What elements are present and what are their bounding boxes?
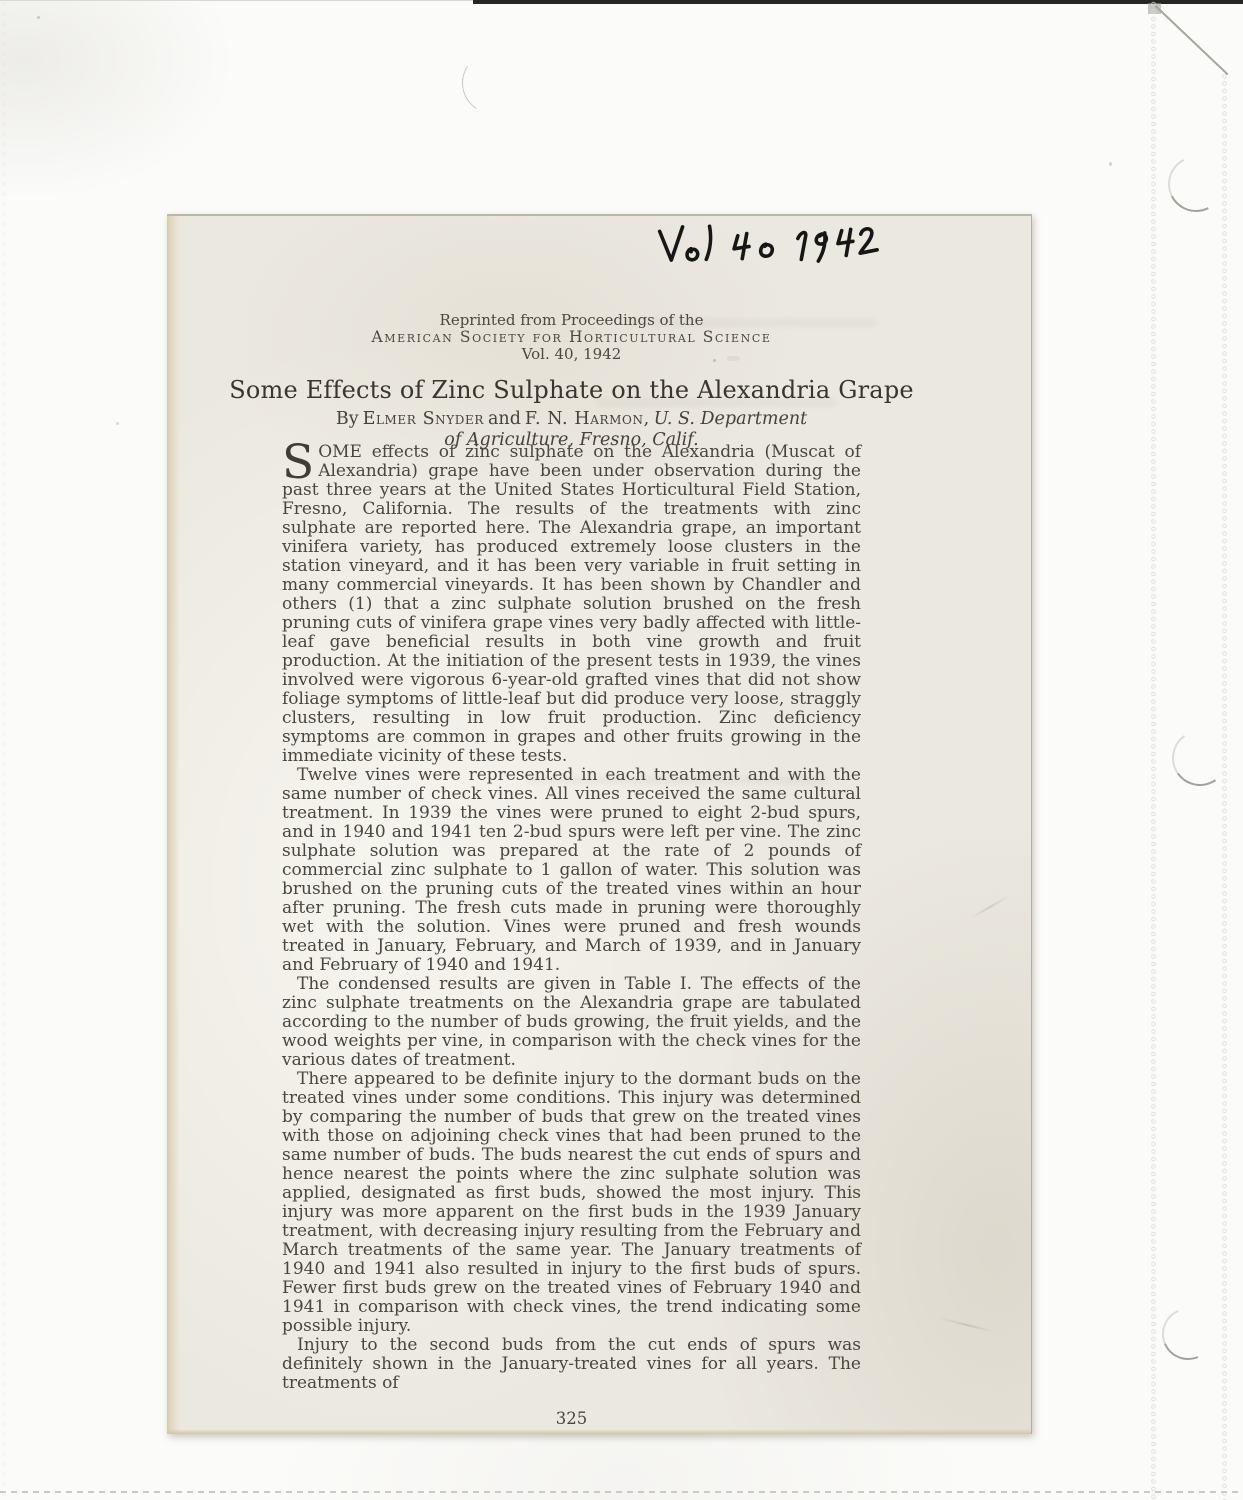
- author-1: Elmer Snyder: [363, 409, 484, 429]
- article-title: Some Effects of Zinc Sulphate on the Ale…: [229, 376, 914, 404]
- paragraph-1: SOME effects of zinc sulphate on the Ale…: [282, 443, 861, 766]
- sheet-protector-holes-left: [1, 0, 7, 1500]
- page-left-fold-edge: [167, 216, 180, 1434]
- paragraph-4: There appeared to be definite injury to …: [282, 1070, 861, 1336]
- stray-arc-mark: [456, 46, 530, 120]
- reprint-header: Reprinted from Proceedings of the Americ…: [282, 312, 861, 363]
- article-body: SOME effects of zinc sulphate on the Ale…: [282, 443, 861, 1428]
- dust-speck: [116, 422, 119, 425]
- sleeve-corner-crease: [1155, 5, 1229, 75]
- affiliation-part1: U. S. Department: [654, 409, 807, 429]
- bottom-perforation-line: [0, 1491, 1243, 1493]
- handwritten-annotation: Vol 40 1942: [653, 219, 894, 272]
- paragraph-3: The condensed results are given in Table…: [282, 975, 861, 1070]
- volume-line: Vol. 40, 1942: [282, 346, 861, 363]
- scanner-edge-strip: [473, 0, 1243, 4]
- page-bottom-edge: [167, 1429, 1031, 1434]
- byline-line1: ByElmer SnyderandF. N. Harmon,U. S. Depa…: [282, 409, 861, 430]
- dropcap-initial: S: [282, 443, 318, 481]
- binder-ring-mark-3: [1154, 1300, 1222, 1368]
- scanned-page-background: Vol 40 1942 Re: [0, 0, 1243, 1500]
- paper-page: Vol 40 1942 Re: [167, 214, 1032, 1434]
- society-name: American Society for Horticultural Scien…: [282, 329, 861, 346]
- author-2: F. N. Harmon,: [525, 409, 650, 429]
- paragraph-2: Twelve vines were represented in each tr…: [282, 766, 861, 975]
- page-crease: [970, 895, 1011, 920]
- page-crease: [938, 1317, 997, 1333]
- dust-speck: [1109, 162, 1112, 166]
- reprint-source-line: Reprinted from Proceedings of the: [282, 312, 861, 329]
- paragraph-5: Injury to the second buds from the cut e…: [282, 1336, 861, 1393]
- dust-speck: [37, 16, 40, 19]
- sheet-protector-holes-outer: [1220, 72, 1229, 1500]
- page-number: 325: [282, 1409, 861, 1428]
- sheet-protector-holes-inner: [1149, 0, 1158, 1500]
